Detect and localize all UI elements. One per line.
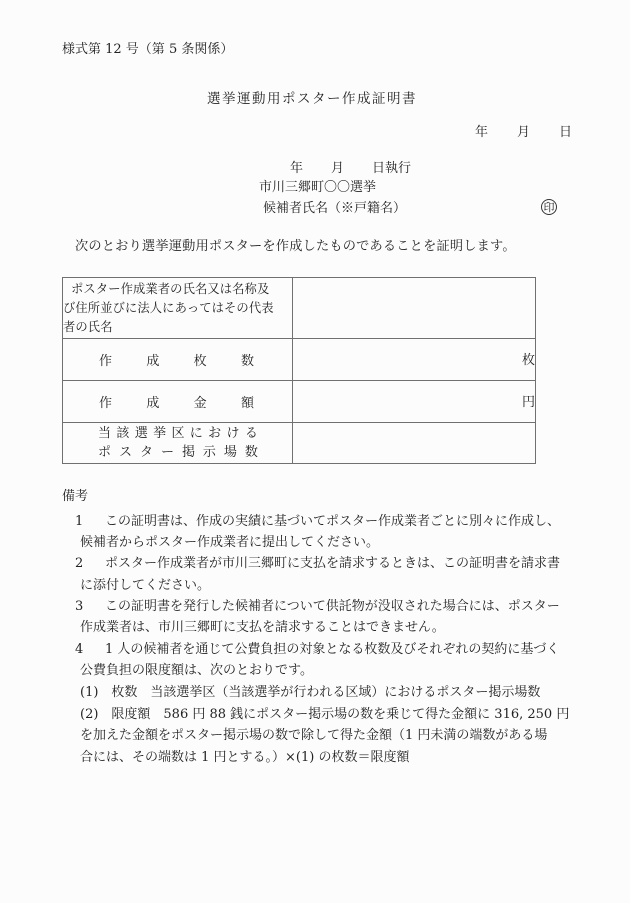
form-number: 様式第 12 号（第 5 条関係） bbox=[62, 43, 233, 56]
remark-2-cont: に添付してください。 bbox=[80, 579, 210, 592]
table-row-sites: 当該選挙区における ポスター掲示場数 bbox=[63, 423, 536, 464]
document-title: 選挙運動用ポスター作成証明書 bbox=[207, 93, 417, 107]
sites-label-line2: ポスター掲示場数 bbox=[63, 443, 292, 462]
remark-1-cont: 候補者からポスター作成業者に提出してください。 bbox=[80, 536, 379, 549]
count-label: 作 成 枚 数 bbox=[63, 350, 292, 369]
remark-4-sub-1: (1) 枚数 当該選挙区（当該選挙が行われる区域）におけるポスター掲示場数 bbox=[80, 686, 540, 699]
certification-statement: 次のとおり選挙運動用ポスターを作成したものであることを証明します。 bbox=[75, 240, 516, 253]
sites-value-cell[interactable] bbox=[293, 423, 536, 464]
vendor-value-cell[interactable] bbox=[293, 278, 536, 339]
amount-label: 作 成 金 額 bbox=[63, 392, 292, 411]
remarks-heading: 備考 bbox=[62, 490, 88, 503]
certificate-table: ポスター作成業者の氏名又は名称及 び住所並びに法人にあってはその代表 者の氏名 … bbox=[62, 277, 536, 464]
election-month-label: 月 bbox=[331, 161, 344, 176]
amount-unit: 円 bbox=[522, 391, 535, 410]
table-row-count: 作 成 枚 数 枚 bbox=[63, 339, 536, 381]
election-date: 年月日執行 bbox=[290, 162, 411, 175]
remark-4-sub-2: (2) 限度額 586 円 88 銭にポスター掲示場の数を乗じて得た金額に 31… bbox=[80, 708, 569, 721]
sites-label-cell: 当該選挙区における ポスター掲示場数 bbox=[63, 423, 293, 464]
table-row-vendor: ポスター作成業者の氏名又は名称及 び住所並びに法人にあってはその代表 者の氏名 bbox=[63, 278, 536, 339]
count-label-cell: 作 成 枚 数 bbox=[63, 339, 293, 381]
day-label: 日 bbox=[559, 126, 572, 139]
issue-date: 年月日 bbox=[475, 126, 572, 139]
vendor-label: ポスター作成業者の氏名又は名称及 び住所並びに法人にあってはその代表 者の氏名 bbox=[63, 279, 292, 337]
remark-4-sub-2-cont-2: 合には、その端数は 1 円とする。）×(1) の枚数＝限度額 bbox=[80, 751, 409, 764]
election-day-label: 日執行 bbox=[372, 161, 411, 176]
election-year-label: 年 bbox=[290, 161, 303, 176]
vendor-label-cell: ポスター作成業者の氏名又は名称及 び住所並びに法人にあってはその代表 者の氏名 bbox=[63, 278, 293, 339]
remark-4-sub-2-cont-1: を加えた金額をポスター掲示場の数で除して得た金額（1 円未満の端数がある場 bbox=[80, 729, 547, 742]
count-unit: 枚 bbox=[522, 349, 535, 368]
month-label: 月 bbox=[517, 126, 530, 139]
election-name: 市川三郷町〇〇選挙 bbox=[259, 181, 376, 194]
amount-label-cell: 作 成 金 額 bbox=[63, 381, 293, 423]
sites-label-line1: 当該選挙区における bbox=[63, 424, 292, 443]
remark-3-cont: 作成業者は、市川三郷町に支払を請求することはできません。 bbox=[80, 621, 445, 634]
amount-value-cell[interactable]: 円 bbox=[293, 381, 536, 423]
year-label: 年 bbox=[475, 126, 488, 139]
count-value-cell[interactable]: 枚 bbox=[293, 339, 536, 381]
table-row-amount: 作 成 金 額 円 bbox=[63, 381, 536, 423]
candidate-name-label: 候補者氏名（※戸籍名） bbox=[263, 202, 406, 215]
seal-icon: 印 bbox=[541, 199, 557, 215]
remark-4-cont: 公費負担の限度額は、次のとおりです。 bbox=[80, 664, 313, 677]
